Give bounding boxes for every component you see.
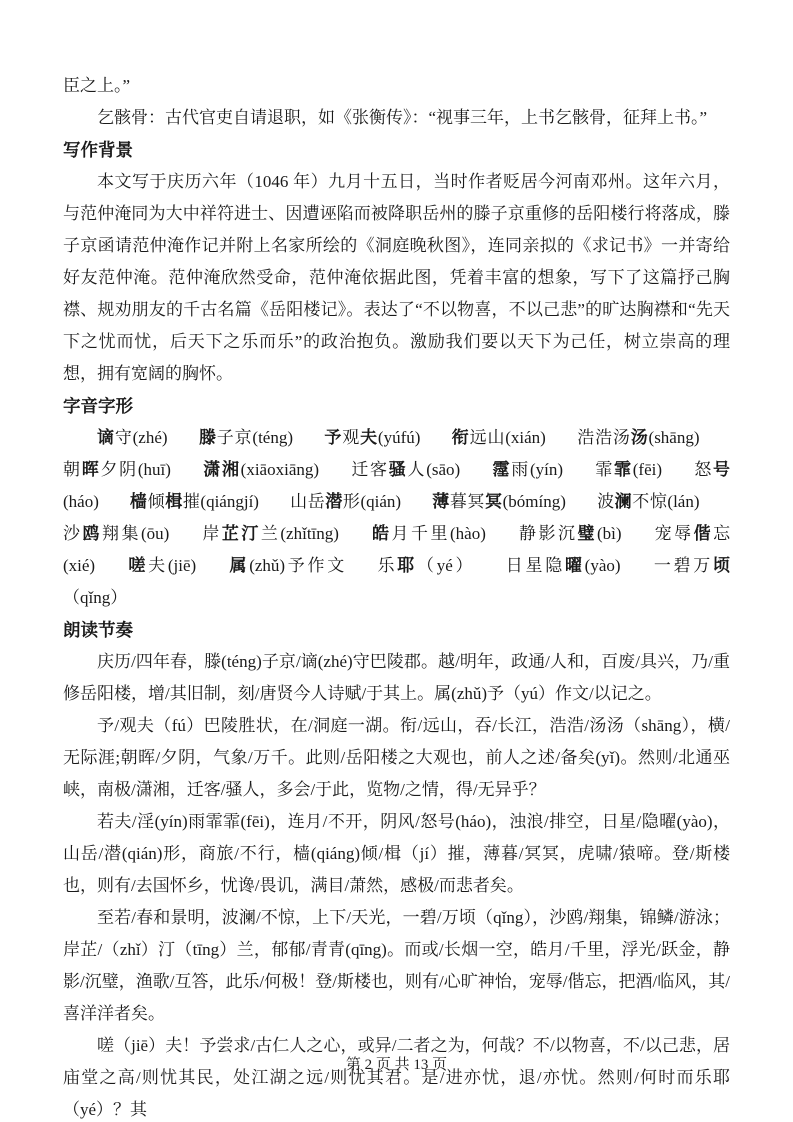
phonetic-item: 霏霏(fēi) xyxy=(594,460,662,479)
rhythm-paragraph-2: 予/观夫（fú）巴陵胜状，在/洞庭一湖。衔/远山，吞/长江，浩浩/汤汤（shān… xyxy=(63,710,730,806)
phonetic-item: 乐耶（yé） xyxy=(378,556,476,575)
phonetic-item: 樯倾楫摧(qiángjí) xyxy=(129,492,258,511)
phonetic-item: 静影沉璧(bì) xyxy=(516,524,621,543)
phonetic-item: 予观夫(yúfú) xyxy=(324,428,421,447)
rhythm-paragraph-4: 至若/春和景明，波澜/不惊，上下/天光，一碧/万顷（qǐng），沙鸥/翔集，锦鳞… xyxy=(63,902,730,1030)
background-paragraph: 本文写于庆历六年（1046 年）九月十五日，当时作者贬居今河南邓州。这年六月，与… xyxy=(63,166,730,390)
phonetic-item: 岸芷汀兰(zhǐtīng) xyxy=(200,524,339,543)
phonetic-item: 朝晖夕阴(huī) xyxy=(63,460,171,479)
phonetic-item: 谪守(zhé) xyxy=(97,428,168,447)
note-qihaigu: 乞骸骨：古代官吏自请退职，如《张衡传》：“视事三年，上书乞骸骨，征拜上书。” xyxy=(63,102,730,134)
phonetic-item: 衔远山(xián) xyxy=(451,428,546,447)
section-heading-rhythm: 朗读节奏 xyxy=(63,614,730,646)
continued-text-line: 臣之上。” xyxy=(63,70,730,102)
phonetic-item: 浩浩汤汤(shāng) xyxy=(576,428,699,447)
section-heading-background: 写作背景 xyxy=(63,134,730,166)
document-page: 臣之上。” 乞骸骨：古代官吏自请退职，如《张衡传》：“视事三年，上书乞骸骨，征拜… xyxy=(0,0,793,1122)
phonetic-item: 嗟夫(jiē) xyxy=(126,556,196,575)
phonetic-item: 日星隐曜(yào) xyxy=(506,556,621,575)
phonetic-item: 薄暮冥冥(bómíng) xyxy=(432,492,566,511)
phonetics-paragraph: 谪守(zhé)滕子京(téng)予观夫(yúfú)衔远山(xián)浩浩汤汤(s… xyxy=(63,422,730,614)
phonetic-item: 潇湘(xiāoxiāng) xyxy=(202,460,320,479)
phonetic-item: 波澜不惊(lán) xyxy=(596,492,699,511)
phonetic-item: 沙鸥翔集(ōu) xyxy=(63,524,169,543)
rhythm-paragraph-3: 若夫/淫(yín)雨霏霏(fēi)，连月/不开，阴风/怒号(háo)，浊浪/排空… xyxy=(63,806,730,902)
phonetic-item: 皓月千里(hào) xyxy=(370,524,486,543)
rhythm-paragraph-5: 嗟（jiē）夫！予尝求/古仁人之心，或异/二者之为，何哉？不/以物喜，不/以己悲… xyxy=(63,1030,730,1122)
section-heading-phonetics: 字音字形 xyxy=(63,390,730,422)
phonetic-item: 山岳潜形(qián) xyxy=(290,492,402,511)
rhythm-paragraph-1: 庆历/四年春，滕(téng)子京/谪(zhé)守巴陵郡。越/明年，政通/人和，百… xyxy=(63,646,730,710)
phonetic-item: 属(zhǔ)予作文 xyxy=(227,556,347,575)
phonetic-item: 迁客骚人(sāo) xyxy=(350,460,461,479)
phonetic-item: 滕子京(téng) xyxy=(198,428,293,447)
page-content: 臣之上。” 乞骸骨：古代官吏自请退职，如《张衡传》：“视事三年，上书乞骸骨，征拜… xyxy=(63,70,730,1122)
page-number-footer: 第 2 页 共 13 页 xyxy=(0,1056,793,1074)
phonetic-item: 霪雨(yín) xyxy=(491,460,563,479)
